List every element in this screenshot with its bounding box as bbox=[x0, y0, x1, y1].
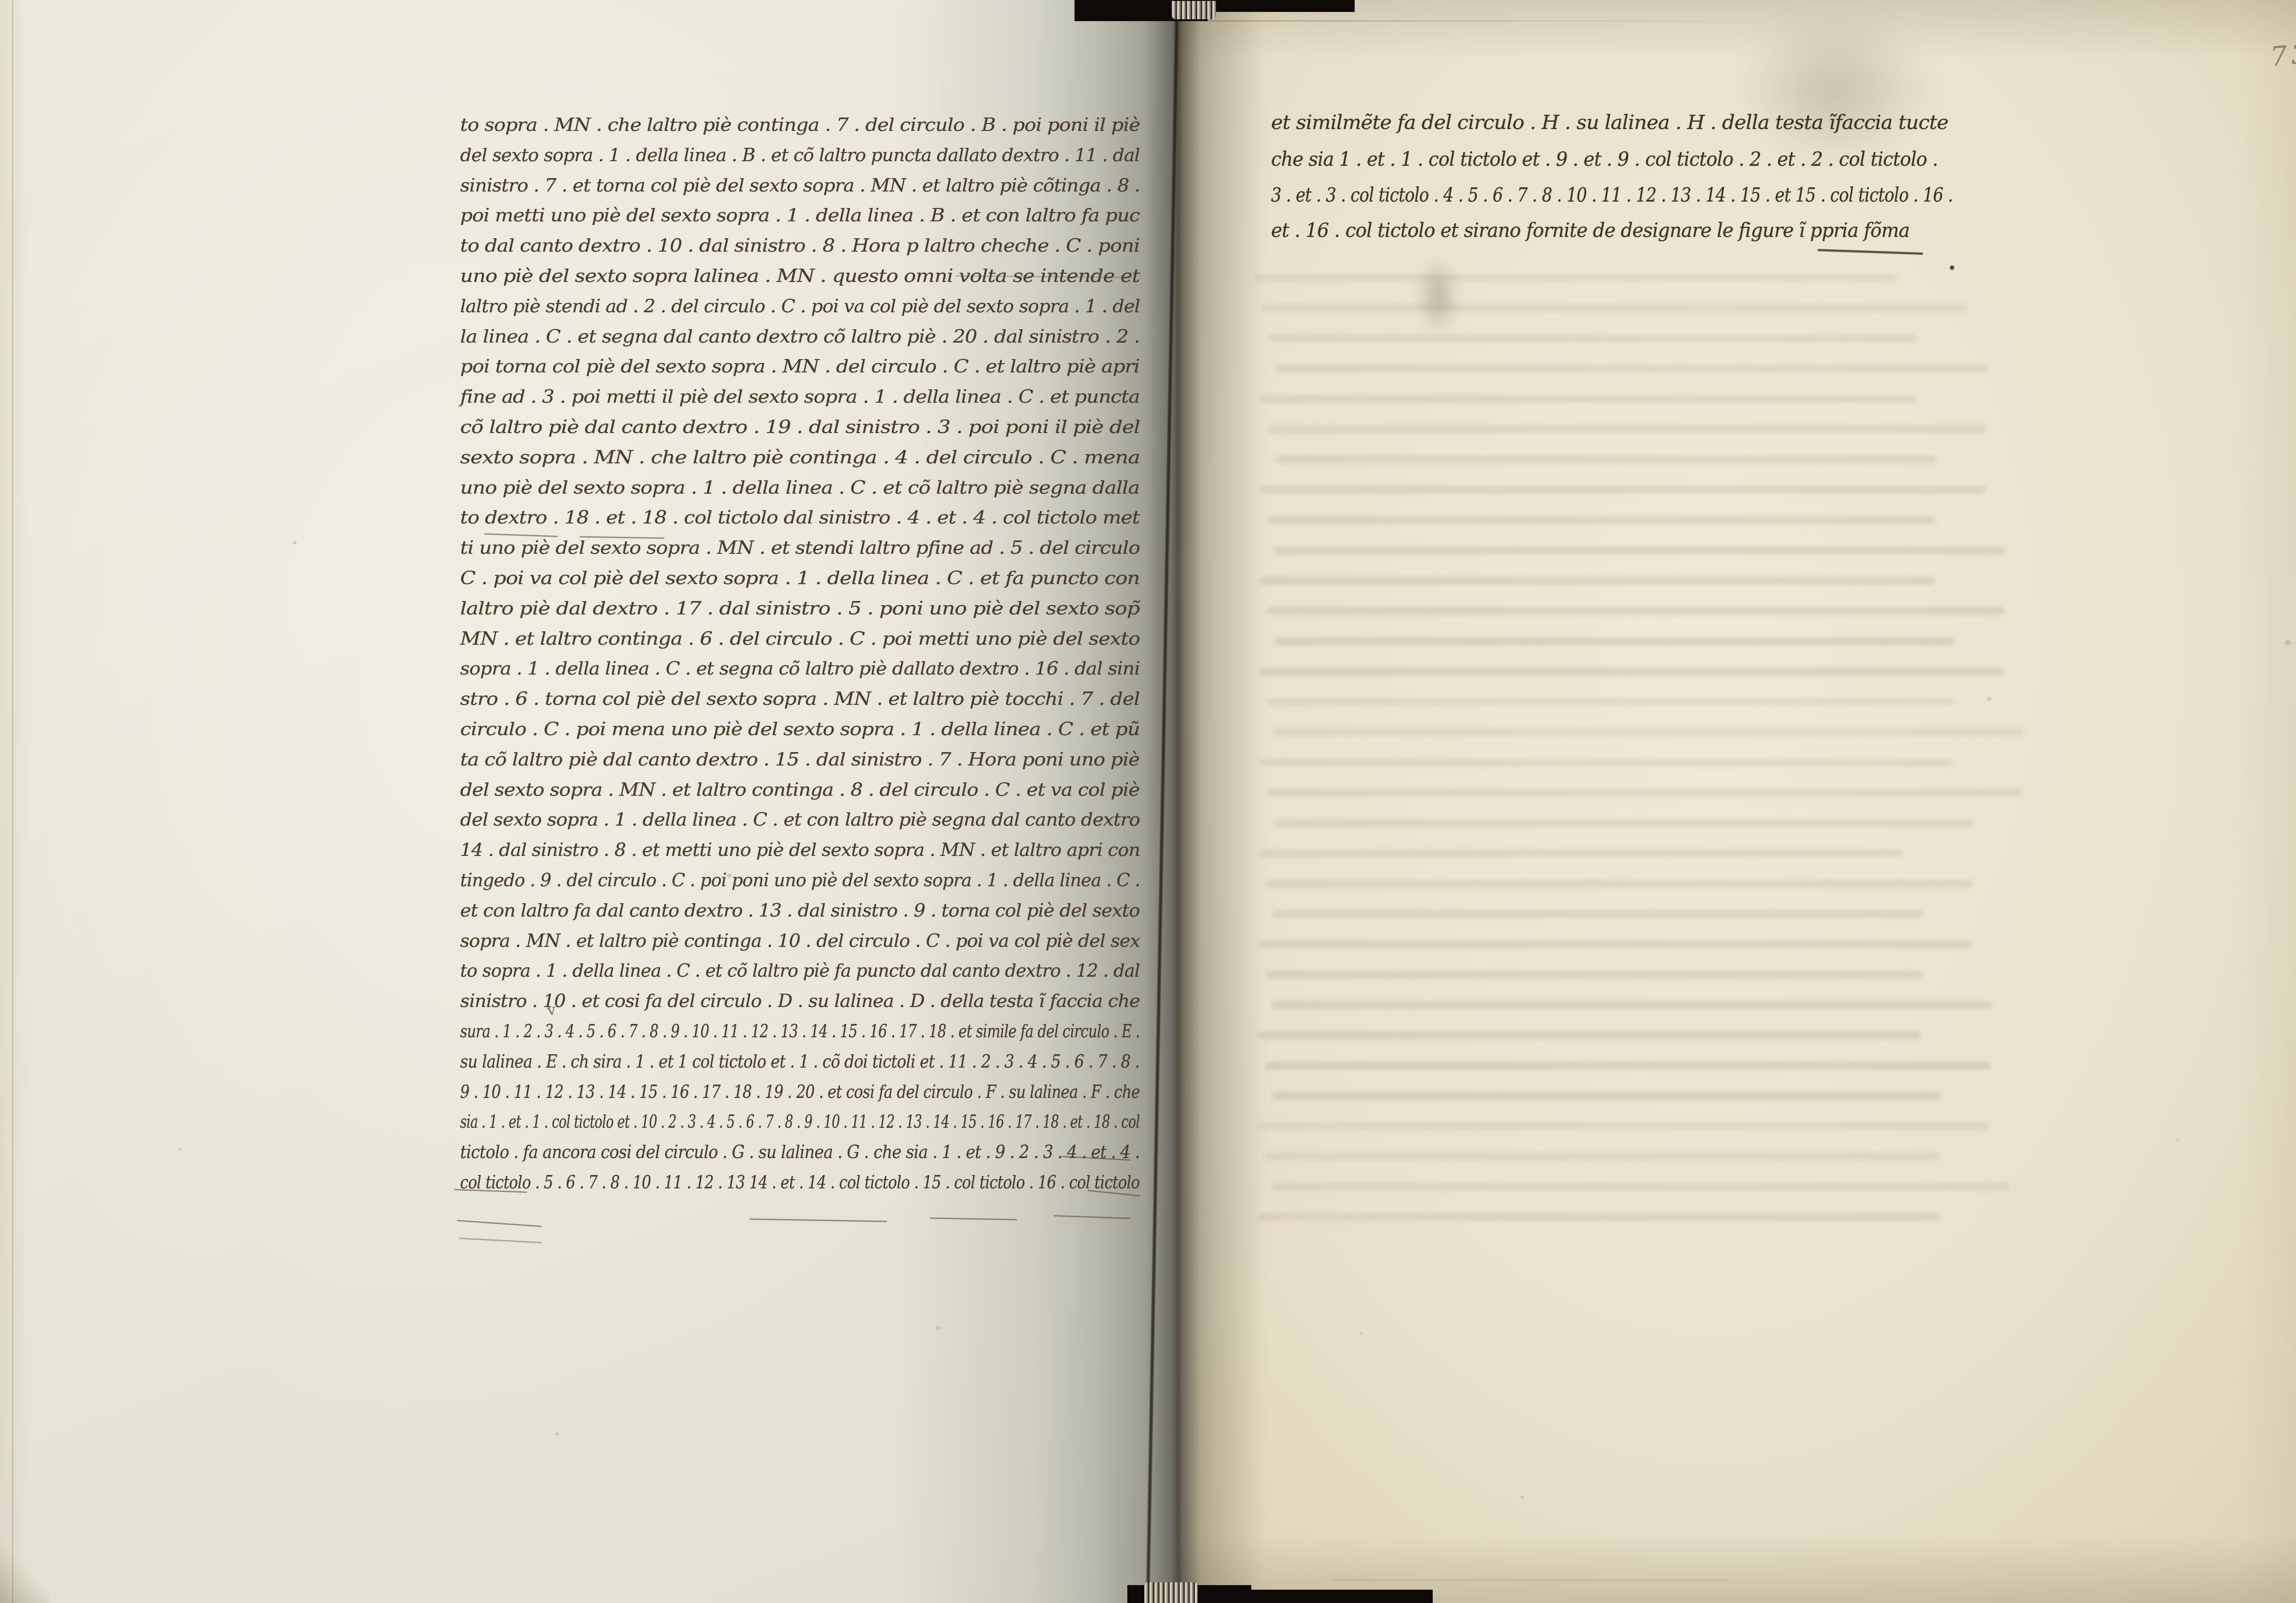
manuscript-line: laltro piè dal dextro . 17 . dal sinistr… bbox=[460, 593, 1139, 624]
show-through-line bbox=[1265, 971, 1923, 979]
manuscript-line: tictolo . fa ancora cosi del circulo . G… bbox=[460, 1137, 1140, 1167]
manuscript-line: circulo . C . poi mena uno piè del sexto… bbox=[460, 714, 1140, 744]
show-through bbox=[1255, 274, 2035, 1270]
binding-tail bbox=[1249, 1590, 1433, 1603]
show-through-line bbox=[1257, 1122, 1991, 1130]
ink-smudge bbox=[1417, 257, 1458, 335]
manuscript-line: ta cõ laltro piè dal canto dextro . 15 .… bbox=[460, 744, 1140, 775]
manuscript-line: del sexto sopra . 1 . della linea . B . … bbox=[460, 140, 1140, 170]
show-through-line bbox=[1274, 637, 1955, 645]
manuscript-line: sexto sopra . MN . che laltro piè contin… bbox=[460, 442, 1140, 472]
manuscript-line: del sexto sopra . 1 . della linea . C . … bbox=[460, 804, 1140, 835]
show-through-line bbox=[1257, 1031, 1921, 1039]
foxing-spot bbox=[2284, 639, 2292, 646]
manuscript-line: et con laltro fa dal canto dextro . 13 .… bbox=[460, 895, 1140, 926]
show-through-line bbox=[1265, 880, 1973, 888]
foxing-spot bbox=[1064, 339, 1068, 343]
crease-line bbox=[1332, 1580, 1727, 1581]
manuscript-line: cõ laltro piè dal canto dextro . 19 . da… bbox=[460, 412, 1140, 442]
manuscript-line: sura . 1 . 2 . 3 . 4 . 5 . 6 . 7 . 8 . 9… bbox=[460, 1016, 1140, 1046]
show-through-line bbox=[1259, 759, 1954, 766]
manuscript-line: col tictolo . 5 . 6 . 7 . 8 . 10 . 11 . … bbox=[460, 1167, 1140, 1198]
manuscript-line: MN . et laltro continga . 6 . del circul… bbox=[460, 624, 1140, 654]
foxing-spot bbox=[292, 540, 297, 545]
manuscript-line: del sexto sopra . MN . et laltro conting… bbox=[460, 775, 1139, 805]
foxing-spot bbox=[178, 1147, 182, 1151]
manuscript-line: stro . 6 . torna col piè del sexto sopra… bbox=[460, 684, 1140, 714]
page-right: et similmẽte fa del circulo . H . su lal… bbox=[1178, 0, 2296, 1603]
foxing-spot bbox=[1360, 1332, 1363, 1335]
manuscript-line: 9 . 10 . 11 . 12 . 13 . 14 . 15 . 16 . 1… bbox=[460, 1077, 1140, 1107]
manuscript-line: tingedo . 9 . del circulo . C . poi poni… bbox=[460, 865, 1140, 895]
show-through-line bbox=[1273, 728, 2024, 736]
foxing-spot bbox=[726, 872, 733, 879]
show-through-line bbox=[1261, 486, 1986, 494]
folio-number: 73 bbox=[2269, 38, 2296, 73]
show-through-line bbox=[1261, 395, 1917, 403]
manuscript-line: sinistro . 7 . et torna col piè del sext… bbox=[460, 170, 1140, 201]
manuscript-line: su lalinea . E . ch sira . 1 . et 1 col … bbox=[460, 1046, 1140, 1077]
manuscript-line: fine ad . 3 . poi metti il piè del sexto… bbox=[460, 382, 1140, 412]
show-through-line bbox=[1272, 910, 1924, 918]
show-through-line bbox=[1273, 819, 1974, 827]
show-through-line bbox=[1264, 1153, 1941, 1160]
binding-headband bbox=[1172, 1, 1216, 19]
right-text-column: et similmẽte fa del circulo . H . su lal… bbox=[1271, 0, 2006, 367]
show-through-line bbox=[1265, 1062, 1992, 1069]
show-through-line bbox=[1260, 668, 2004, 675]
left-text-column: to sopra . MN . che laltro piè continga … bbox=[460, 0, 1149, 1603]
show-through-line bbox=[1271, 1183, 2010, 1191]
manuscript-line: uno piè del sexto sopra . 1 . della line… bbox=[460, 472, 1139, 503]
show-through-line bbox=[1257, 1213, 1940, 1221]
foxing-spot bbox=[1520, 1495, 1525, 1500]
show-through-line bbox=[1267, 607, 2005, 615]
show-through-line bbox=[1275, 456, 1937, 463]
page-edge-line bbox=[12, 0, 13, 1603]
show-through-line bbox=[1266, 698, 1954, 706]
period-dot bbox=[1950, 265, 1954, 270]
manuscript-line: poi torna col piè del sexto sopra . MN .… bbox=[460, 351, 1139, 382]
show-through-line bbox=[1267, 516, 1936, 524]
show-through-line bbox=[1272, 1001, 1992, 1009]
page-left: to sopra . MN . che laltro piè continga … bbox=[0, 0, 1178, 1603]
foxing-spot bbox=[935, 1325, 941, 1331]
show-through-line bbox=[1272, 1092, 1941, 1100]
photo-background: to sopra . MN . che laltro piè continga … bbox=[0, 0, 2296, 1603]
manuscript-line: sopra . MN . et laltro piè continga . 10… bbox=[460, 926, 1140, 956]
manuscript-line: to dextro . 18 . et . 18 . col tictolo d… bbox=[460, 502, 1140, 533]
manuscript-line: poi metti uno piè del sexto sopra . 1 . … bbox=[460, 200, 1140, 231]
manuscript-line: sinistro . 10 . et cosi fa del circulo .… bbox=[460, 986, 1140, 1016]
show-through-line bbox=[1274, 546, 2006, 554]
manuscript-line: sia . 1 . et . 1 . col tictolo et . 10 .… bbox=[460, 1107, 1140, 1137]
manuscript-line: et . 16 . col tictolo et sirano fornite … bbox=[1271, 215, 1909, 246]
manuscript-line: C . poi va col piè del sexto sopra . 1 .… bbox=[460, 563, 1140, 593]
manuscript-line: che sia 1 . et . 1 . col tictolo et . 9 … bbox=[1271, 144, 1938, 174]
manuscript-line: sopra . 1 . della linea . C . et segna c… bbox=[460, 653, 1140, 684]
manuscript-line: ti uno piè del sexto sopra . MN . et ste… bbox=[460, 533, 1140, 563]
show-through-line bbox=[1258, 849, 1903, 857]
foxing-spot bbox=[2176, 1138, 2180, 1142]
binding-tailband bbox=[1144, 1582, 1198, 1603]
foxing-spot bbox=[555, 1432, 560, 1436]
show-through-line bbox=[1266, 789, 2023, 797]
manuscript-line: to dal canto dextro . 10 . dal sinistro … bbox=[460, 231, 1140, 261]
manuscript-line: to sopra . 1 . della linea . C . et cõ l… bbox=[460, 956, 1140, 986]
manuscript-line: et similmẽte fa del circulo . H . su lal… bbox=[1271, 107, 1948, 138]
manuscript-line: 14 . dal sinistro . 8 . et metti uno piè… bbox=[460, 835, 1140, 865]
show-through-line bbox=[1267, 425, 1986, 433]
binding-head bbox=[1203, 0, 1355, 12]
foxing-spot bbox=[1986, 696, 1992, 702]
show-through-line bbox=[1260, 577, 1935, 585]
manuscript-line: laltro piè stendi ad . 2 . del circulo .… bbox=[460, 291, 1140, 321]
manuscript-line: to sopra . MN . che laltro piè continga … bbox=[460, 110, 1140, 140]
manuscript-line: la linea . C . et segna dal canto dextro… bbox=[460, 321, 1140, 352]
show-through-line bbox=[1258, 940, 1972, 948]
corner-shading bbox=[0, 1511, 51, 1603]
manuscript-line: 3 . et . 3 . col tictolo . 4 . 5 . 6 . 7… bbox=[1271, 180, 1953, 210]
